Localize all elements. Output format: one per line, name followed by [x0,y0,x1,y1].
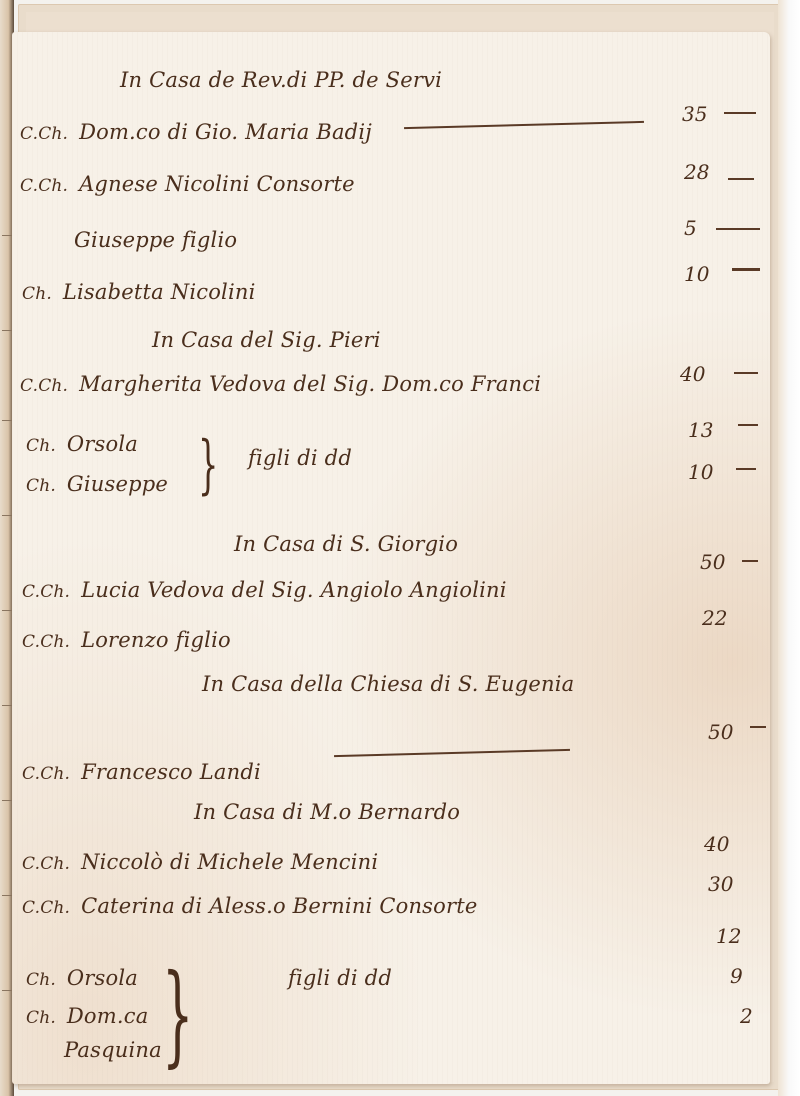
sacrament-prefix: C.Ch. [20,376,68,396]
group-note: figli di dd [248,446,352,470]
member-age: 40 [680,362,705,386]
ruled-line [404,121,644,129]
age-dash [736,468,756,470]
age-dash [732,268,760,271]
sacrament-prefix: Ch. [26,1008,56,1028]
age-dash [742,560,758,562]
household-member: Pasquina [64,1038,162,1062]
member-age: 2 [740,1004,753,1028]
household-member: Ch. Orsola [26,966,138,990]
member-age: 35 [682,102,707,126]
member-name: Lorenzo figlio [81,628,231,652]
household-member: C.Ch. Niccolò di Michele Mencini [22,850,378,874]
member-age: 50 [700,550,725,574]
member-name: Francesco Landi [81,760,261,784]
sacrament-prefix: Ch. [26,476,56,496]
member-age: 30 [708,872,733,896]
household-heading: In Casa di S. Giorgio [234,532,458,556]
sacrament-prefix: C.Ch. [22,632,70,652]
age-dash [724,112,756,114]
age-dash [728,178,754,180]
sacrament-prefix: C.Ch. [22,898,70,918]
member-age: 28 [684,160,709,184]
household-heading: In Casa di M.o Bernardo [194,800,460,824]
age-dash [716,228,760,230]
household-heading: In Casa del Sig. Pieri [152,328,381,352]
household-member: Giuseppe figlio [74,228,237,252]
member-age: 12 [716,924,741,948]
household-member: C.Ch. Lucia Vedova del Sig. Angiolo Angi… [22,578,507,602]
grouping-brace: } [162,950,194,1078]
member-name: Giuseppe figlio [74,228,237,252]
age-dash [734,372,758,374]
member-name: Lisabetta Nicolini [63,280,256,304]
manuscript-page: In Casa de Rev.di PP. de Servi C.Ch. Dom… [12,32,770,1084]
household-heading: In Casa de Rev.di PP. de Servi [120,68,442,92]
sacrament-prefix: Ch. [26,970,56,990]
member-age: 10 [688,460,713,484]
household-member: C.Ch. Agnese Nicolini Consorte [20,172,355,196]
member-age: 22 [702,606,727,630]
sacrament-prefix: C.Ch. [20,176,68,196]
ruled-line [334,749,570,757]
household-member: C.Ch. Caterina di Aless.o Bernini Consor… [22,894,478,918]
member-name: Dom.ca [67,1004,149,1028]
member-name: Orsola [67,966,138,990]
member-name: Margherita Vedova del Sig. Dom.co Franci [79,372,541,396]
household-member: Ch. Orsola [26,432,138,456]
group-note: figli di dd [288,966,392,990]
household-member: Ch. Lisabetta Nicolini [22,280,256,304]
household-heading: In Casa della Chiesa di S. Eugenia [202,672,574,696]
member-name: Giuseppe [67,472,168,496]
member-age: 10 [684,262,709,286]
scan-background-edge [778,0,800,1096]
member-name: Agnese Nicolini Consorte [79,172,355,196]
household-member: Ch. Dom.ca [26,1004,148,1028]
sacrament-prefix: Ch. [22,284,52,304]
member-name: Lucia Vedova del Sig. Angiolo Angiolini [81,578,507,602]
household-member: C.Ch. Margherita Vedova del Sig. Dom.co … [20,372,541,396]
sacrament-prefix: C.Ch. [22,582,70,602]
sacrament-prefix: C.Ch. [22,854,70,874]
member-name: Pasquina [64,1038,162,1062]
member-age: 40 [704,832,729,856]
age-dash [738,424,758,426]
member-name: Caterina di Aless.o Bernini Consorte [81,894,477,918]
member-age: 50 [708,720,733,744]
sacrament-prefix: C.Ch. [22,764,70,784]
sacrament-prefix: Ch. [26,436,56,456]
member-age: 5 [684,216,697,240]
member-name: Niccolò di Michele Mencini [81,850,378,874]
grouping-brace: } [198,428,218,502]
member-name: Dom.co di Gio. Maria Badij [79,120,372,144]
household-member: C.Ch. Lorenzo figlio [22,628,231,652]
household-member: C.Ch. Dom.co di Gio. Maria Badij [20,120,372,144]
member-name: Orsola [67,432,138,456]
age-dash [750,726,766,728]
member-age: 9 [730,964,743,988]
member-age: 13 [688,418,713,442]
household-member: C.Ch. Francesco Landi [22,760,261,784]
sacrament-prefix: C.Ch. [20,124,68,144]
household-member: Ch. Giuseppe [26,472,168,496]
